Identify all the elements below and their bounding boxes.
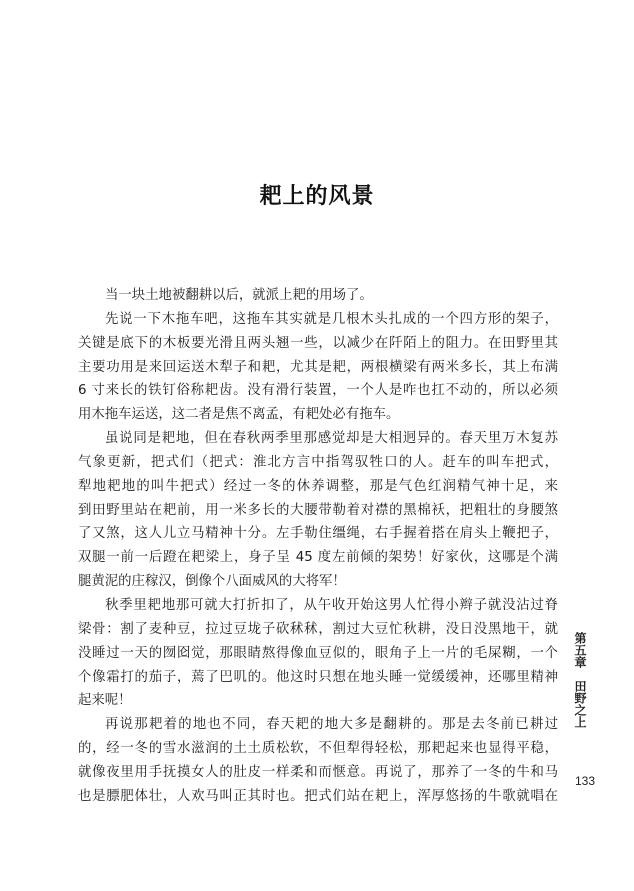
running-header-chapter: 第五章田野之上 — [571, 632, 587, 728]
paragraph-4-line-3: 没睡过一天的囫囵觉，那眼睛熬得像血豆似的，眼角子上一片的毛屎糊，一个 — [78, 642, 558, 666]
paragraph-5-line-2: 的，经一冬的雪水滋润的土土质松软，不但犁得轻松，那耙起来也显得平稳， — [78, 737, 558, 761]
chapter-number: 第五章 — [573, 632, 587, 668]
book-page: 耙上的风景 当一块土地被翻耕以后，就派上耙的用场了。 先说一下木拖车吧，这拖车其… — [0, 0, 634, 891]
chapter-title: 田野之上 — [573, 680, 587, 728]
paragraph-3-line-4: 到田野里站在耙前，用一米多长的大腰带勒着对襟的黑棉袄，把粗壮的身腰煞 — [78, 499, 558, 523]
paragraph-3-line-5: 了又煞，这人儿立马精神十分。左手勒住缰绳，右手握着搭在肩头上鞭把子， — [78, 522, 558, 546]
paragraph-4-line-4: 个像霜打的茄子，蔫了巴叽的。他这时只想在地头睡一觉缓缓神，还哪里精神 — [78, 666, 558, 690]
paragraph-4-line-5: 起来呢！ — [78, 689, 558, 713]
paragraph-4-line-2: 梁骨：割了麦种豆，拉过豆垅子砍秫秫，割过大豆忙秋耕，没日没黑地干，就 — [78, 618, 558, 642]
paragraph-1-line-1: 当一块土地被翻耕以后，就派上耙的用场了。 — [78, 284, 558, 308]
paragraph-2-line-5: 用木拖车运送，这二者是焦不离孟，有耙处必有拖车。 — [78, 403, 558, 427]
page-number: 133 — [565, 774, 605, 788]
paragraph-4-line-1: 秋季里耙地那可就大打折扣了，从午收开始这男人忙得小辫子就没沾过脊 — [78, 594, 558, 618]
body-text: 当一块土地被翻耕以后，就派上耙的用场了。 先说一下木拖车吧，这拖车其实就是几根木… — [78, 284, 558, 809]
paragraph-5-line-3: 就像夜里用手抚摸女人的肚皮一样柔和而惬意。再说了，那养了一冬的牛和马 — [78, 761, 558, 785]
paragraph-3-line-7: 腿黄泥的庄稼汉，倒像个八面威风的大将军！ — [78, 570, 558, 594]
chapter-section-title: 耙上的风景 — [0, 179, 634, 210]
paragraph-5-line-4: 也是膘肥体壮，人欢马叫正其时也。把式们站在耙上，浑厚悠扬的牛歌就唱在 — [78, 785, 558, 809]
paragraph-3-line-6: 双腿一前一后蹬在耙梁上，身子呈 45 度左前倾的架势！好家伙，这哪是个满 — [78, 546, 558, 570]
paragraph-2-line-2: 关键是底下的木板要光滑且两头翘一些，以减少在阡陌上的阻力。在田野里其 — [78, 332, 558, 356]
paragraph-3-line-3: 犁地耙地的叫牛把式）经过一冬的休养调整，那是气色红润精气神十足，来 — [78, 475, 558, 499]
paragraph-2-line-1: 先说一下木拖车吧，这拖车其实就是几根木头扎成的一个四方形的架子， — [78, 308, 558, 332]
paragraph-2-line-3: 主要功用是来回运送木犁子和耙，尤其是耙，两根横梁有两米多长，其上布满 — [78, 356, 558, 380]
paragraph-2-line-4: 6 寸来长的铁钉俗称耙齿。没有滑行装置，一个人是咋也扛不动的，所以必须 — [78, 379, 558, 403]
paragraph-3-line-1: 虽说同是耙地，但在春秋两季里那感觉却是大相迥异的。春天里万木复苏 — [78, 427, 558, 451]
paragraph-5-line-1: 再说那耙着的地也不同，春天耙的地大多是翻耕的。那是去冬前已耕过 — [78, 713, 558, 737]
paragraph-3-line-2: 气象更新，把式们（把式：淮北方言中指驾驭牲口的人。赶车的叫车把式， — [78, 451, 558, 475]
